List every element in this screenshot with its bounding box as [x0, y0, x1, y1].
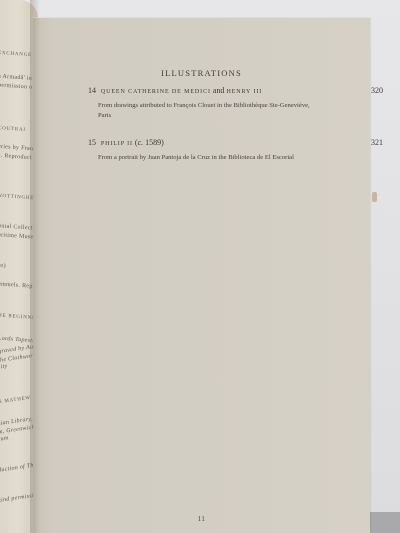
facing-page-text-fragment: s. Reproduct: [0, 153, 32, 161]
description-line: Paris: [98, 111, 383, 121]
entry-number: 14: [88, 86, 96, 95]
plate-page-number: 321: [371, 138, 383, 147]
entry-title-part: 1589): [143, 138, 164, 147]
facing-page-text-fragment: sity: [0, 363, 8, 370]
facing-page-text-fragment: COUTRAI: [0, 126, 26, 133]
entry-title-part: PHILIP II: [101, 141, 133, 147]
entry-title-part: QUEEN CATHERINE DE MEDICI: [101, 89, 211, 95]
right-page: ILLUSTRATIONS 14 QUEEN CATHERINE DE MEDI…: [33, 18, 370, 533]
entry-title-part: HENRY III: [226, 89, 262, 95]
entry-title: 14 QUEEN CATHERINE DE MEDICI and HENRY I…: [88, 86, 383, 95]
gutter-shadow: [30, 0, 40, 533]
facing-page-text-fragment: EXCHANGE: [0, 51, 32, 58]
page-heading: ILLUSTRATIONS: [33, 68, 370, 78]
description-line: From a portrait by Juan Pantoja de la Cr…: [98, 153, 383, 163]
facing-page-text-fragment: eries by Fran: [0, 144, 33, 152]
facing-page-text-fragment: ro): [0, 263, 6, 270]
table-surface: [370, 512, 400, 533]
illustration-entry-15: 15 PHILIP II (c. 1589) 321 From a portra…: [88, 138, 383, 163]
entry-number: 15: [88, 138, 96, 147]
facing-page-text-fragment: N MATHEW: [0, 396, 31, 406]
paper-stain: [372, 192, 377, 202]
plate-page-number: 320: [371, 86, 383, 95]
facing-page-text-fragment: rum: [0, 435, 9, 442]
description-line: From drawings attributed to François Clo…: [98, 101, 383, 111]
page-folio: 11: [33, 515, 370, 523]
entry-description: From drawings attributed to François Clo…: [98, 101, 383, 121]
entry-description: From a portrait by Juan Pantoja de la Cr…: [98, 153, 383, 163]
illustration-entry-14: 14 QUEEN CATHERINE DE MEDICI and HENRY I…: [88, 86, 383, 121]
entry-title-part: and: [211, 86, 227, 95]
entry-title: 15 PHILIP II (c. 1589): [88, 138, 383, 147]
